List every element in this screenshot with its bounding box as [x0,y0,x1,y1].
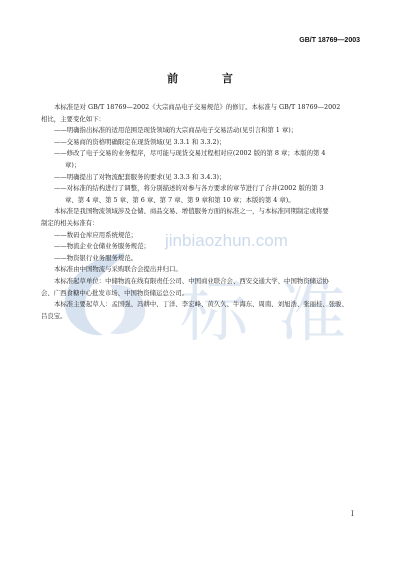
list-item: ——对标准的结构进行了调整，将分别描述的对参与各方要求的章节进行了合并(2002… [41,183,361,195]
list-item-continuation: 章)； [41,160,361,172]
paragraph: 本标准由中国物流与采购联合会提出并归口。 [41,264,361,276]
paragraph: 本标准主要起草人：孟国强、冯耕中、丁洋、李宏峰、黄久久、牛海东、周南、刘旭浩、张… [41,299,361,311]
page-number: I [351,510,354,518]
paragraph: 吕良宝。 [41,311,361,323]
list-item: ——物资银行业务服务规范。 [41,253,361,265]
list-item: ——交易商的资格明确限定在现货领域(见 3.3.1 和 3.3.2)； [41,137,361,149]
list-item: ——修改了电子交易的业务程序，尽可能与现货交易过程相对应(2002 版的第 8 … [41,148,361,160]
list-item: ——明确提出了对物流配套服务的要求(见 3.3.3 和 3.4.3)； [41,172,361,184]
paragraph: 本标准是我国物流领域涉及仓储、商品交易、增值服务方面的标准之一，与本标准同期制定… [41,206,361,218]
paragraph: 本标准起草单位：中储物流在线有限责任公司、中国商业联合会、西安交通大学、中国物资… [41,276,361,288]
paragraph: 本标准是对 GB/T 18769—2002《大宗商品电子交易规范》的修订。本标准… [41,102,361,114]
paragraph: 制定的相关标准有： [41,218,361,230]
page-title: 前 言 [0,70,400,86]
list-item: ——明确指出标准的适用范围是现货领域的大宗商品电子交易活动(见引言和第 1 章)… [41,125,361,137]
foreword-body: 本标准是对 GB/T 18769—2002《大宗商品电子交易规范》的修订。本标准… [41,102,361,322]
list-item-continuation: 章、第 4 章、第 5 章、第 6 章、第 7 章、第 9 章和第 10 章；本… [41,195,361,207]
list-item: ——物流企业仓储业务服务规范； [41,241,361,253]
paragraph: 会、广西食糖中心批发市场、中国物资储运总公司。 [41,288,361,300]
paragraph: 相比，主要变化如下： [41,114,361,126]
standard-code-header: GB/T 18769—2003 [299,37,360,44]
list-item: ——数码仓库应用系统规范； [41,230,361,242]
